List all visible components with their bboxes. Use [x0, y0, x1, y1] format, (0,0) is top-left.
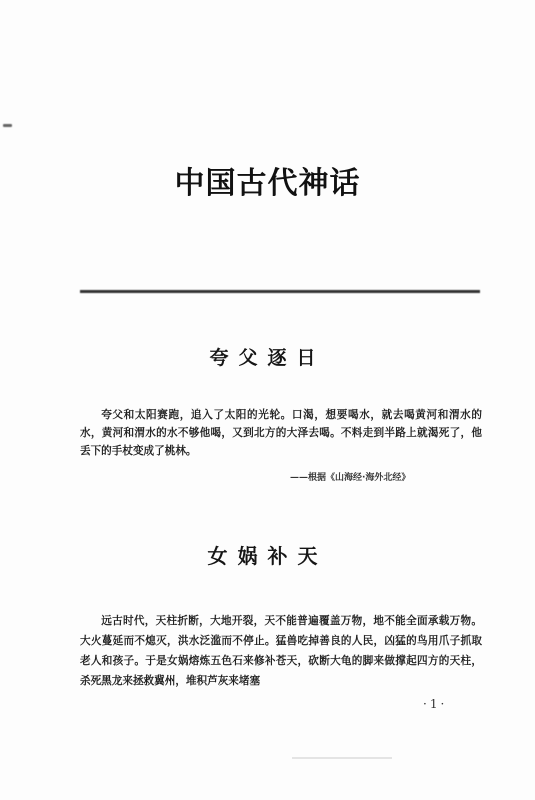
section-source-kuafu: ——根据《山海经·海外北经》	[290, 470, 410, 483]
section-title-nuwa: 女娲补天	[0, 540, 535, 569]
section-body-nuwa: 远古时代，天柱折断，大地开裂，天不能普遍覆盖万物，地不能全面承载万物。大火蔓延而…	[80, 611, 482, 691]
book-page: 中国古代神话 夸父逐日 夸父和太阳赛跑，追入了太阳的光轮。口渴，想要喝水，就去喝…	[0, 0, 535, 800]
scan-artifact	[292, 757, 392, 759]
section-title-kuafu: 夸父逐日	[0, 343, 535, 370]
section-body-kuafu: 夸父和太阳赛跑，追入了太阳的光轮。口渴，想要喝水，就去喝黄河和渭水的水，黄河和渭…	[80, 406, 482, 460]
horizontal-rule	[80, 290, 480, 293]
book-title: 中国古代神话	[0, 158, 535, 202]
scan-edge-mark	[3, 124, 12, 127]
page-number: ·1·	[423, 697, 447, 711]
